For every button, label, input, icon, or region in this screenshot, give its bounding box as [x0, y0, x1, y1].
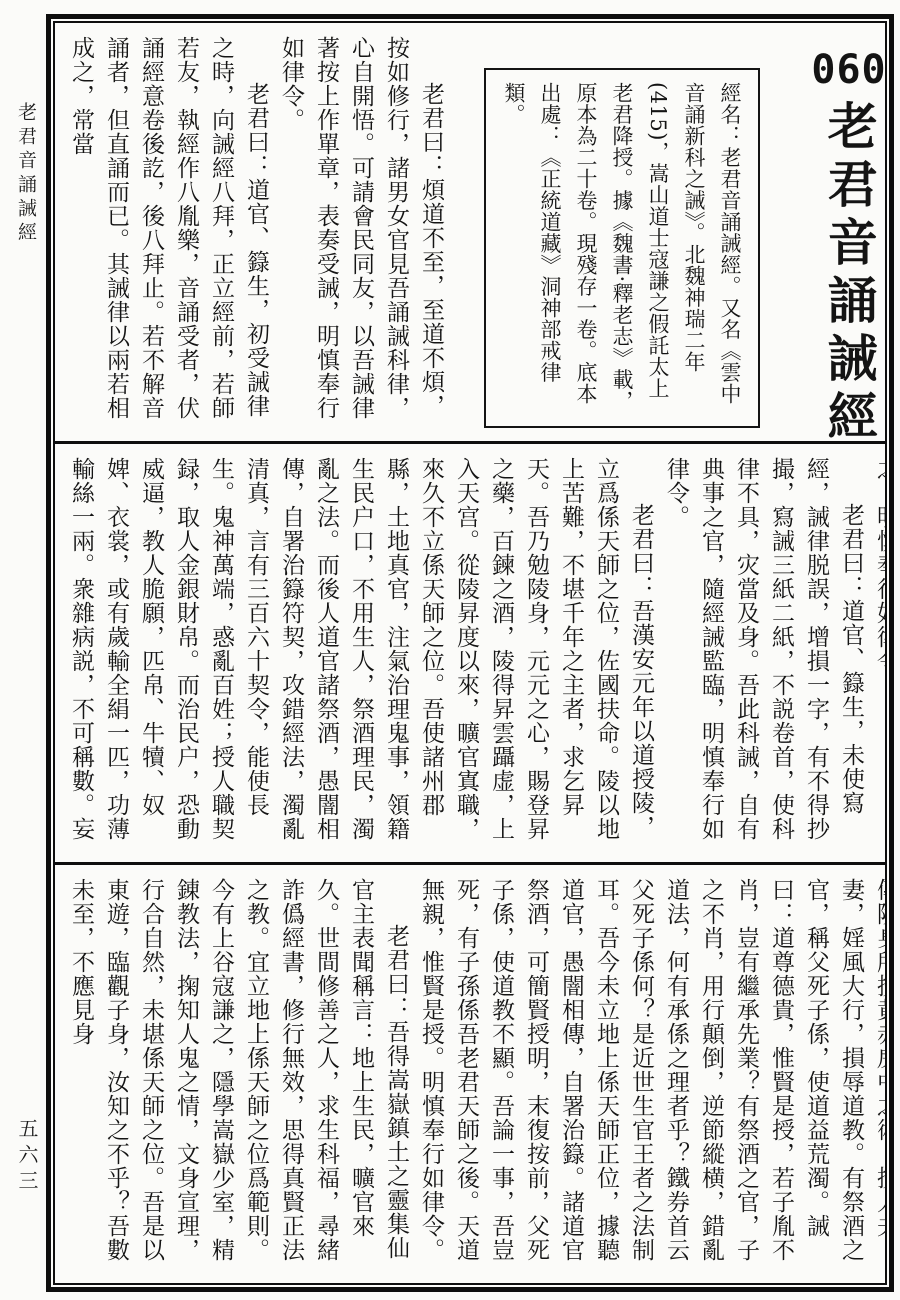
text-paragraph: 恭謹，若展轉授同友及弟子，按法傳之，明慎奉行如律令。	[868, 457, 885, 849]
page-title: 老君音誦誡經	[820, 100, 878, 444]
text-paragraph: 老君曰：吾漢安元年以道授陵，立爲係天師之位，佐國扶命。陵以地上苦難，不堪千年之主…	[63, 457, 658, 849]
text-paragraph: 老君曰：煩道不至，至道不煩，按如修行，諸男女官見吾誦誡科律，心自開悟。可請會民同…	[273, 36, 448, 428]
text-paragraph: 老君曰：道官、籙生，初受誡律之時，向誡經八拜，正立經前，若師若友，執經作八胤樂，…	[63, 36, 273, 428]
bottom-text-flow: 傳陵身所授黄赤房中之術，授人夫妻，婬風大行，損辱道教。有祭酒之官，稱父死子係，使…	[55, 865, 885, 1283]
folio-page-number: 五六三	[13, 1118, 42, 1196]
scanned-scripture-page: 老君音誦誡經 五六三 060 老君音誦誡經 經名：老君音誦誡經。又名《雲中音誦新…	[0, 0, 900, 1300]
title-block: 060 老君音誦誡經	[774, 36, 885, 428]
colophon-text: 經名：老君音誦誡經。又名《雲中音誦新科之誡》。北魏神瑞二年(415)，嵩山道士寇…	[496, 82, 748, 414]
text-paragraph: 老君曰：道官、籙生，未使寫經，誡律脱誤，增損一字，有不得抄撮，寫誡三紙二紙，不説…	[658, 457, 868, 849]
page-frame: 060 老君音誦誡經 經名：老君音誦誡經。又名《雲中音誦新科之誡》。北魏神瑞二年…	[46, 14, 894, 1292]
section-bottom: 傳陵身所授黄赤房中之術，授人夫妻，婬風大行，損辱道教。有祭酒之官，稱父死子係，使…	[55, 865, 885, 1283]
section-middle: 恭謹，若展轉授同友及弟子，按法傳之，明慎奉行如律令。 老君曰：道官、籙生，未使寫…	[55, 444, 885, 865]
text-paragraph: 傳陵身所授黄赤房中之術，授人夫妻，婬風大行，損辱道教。有祭酒之官，稱父死子係，使…	[413, 878, 885, 1270]
catalog-number: 060	[774, 50, 885, 90]
top-text-flow: 060 老君音誦誡經 經名：老君音誦誡經。又名《雲中音誦新科之誡》。北魏神瑞二年…	[55, 23, 885, 441]
page-frame-inner: 060 老君音誦誡經 經名：老君音誦誡經。又名《雲中音誦新科之誡》。北魏神瑞二年…	[53, 21, 887, 1285]
text-paragraph: 老君曰：吾得嵩嶽鎮土之靈集仙官主表聞稱言：地上生民，曠官來久。世間修善之人，求生…	[63, 878, 413, 1270]
middle-text-flow: 恭謹，若展轉授同友及弟子，按法傳之，明慎奉行如律令。 老君曰：道官、籙生，未使寫…	[55, 444, 885, 862]
section-top: 060 老君音誦誡經 經名：老君音誦誡經。又名《雲中音誦新科之誡》。北魏神瑞二年…	[55, 23, 885, 444]
spine-title: 老君音誦誡經	[13, 102, 40, 246]
colophon-box: 經名：老君音誦誡經。又名《雲中音誦新科之誡》。北魏神瑞二年(415)，嵩山道士寇…	[484, 68, 760, 428]
